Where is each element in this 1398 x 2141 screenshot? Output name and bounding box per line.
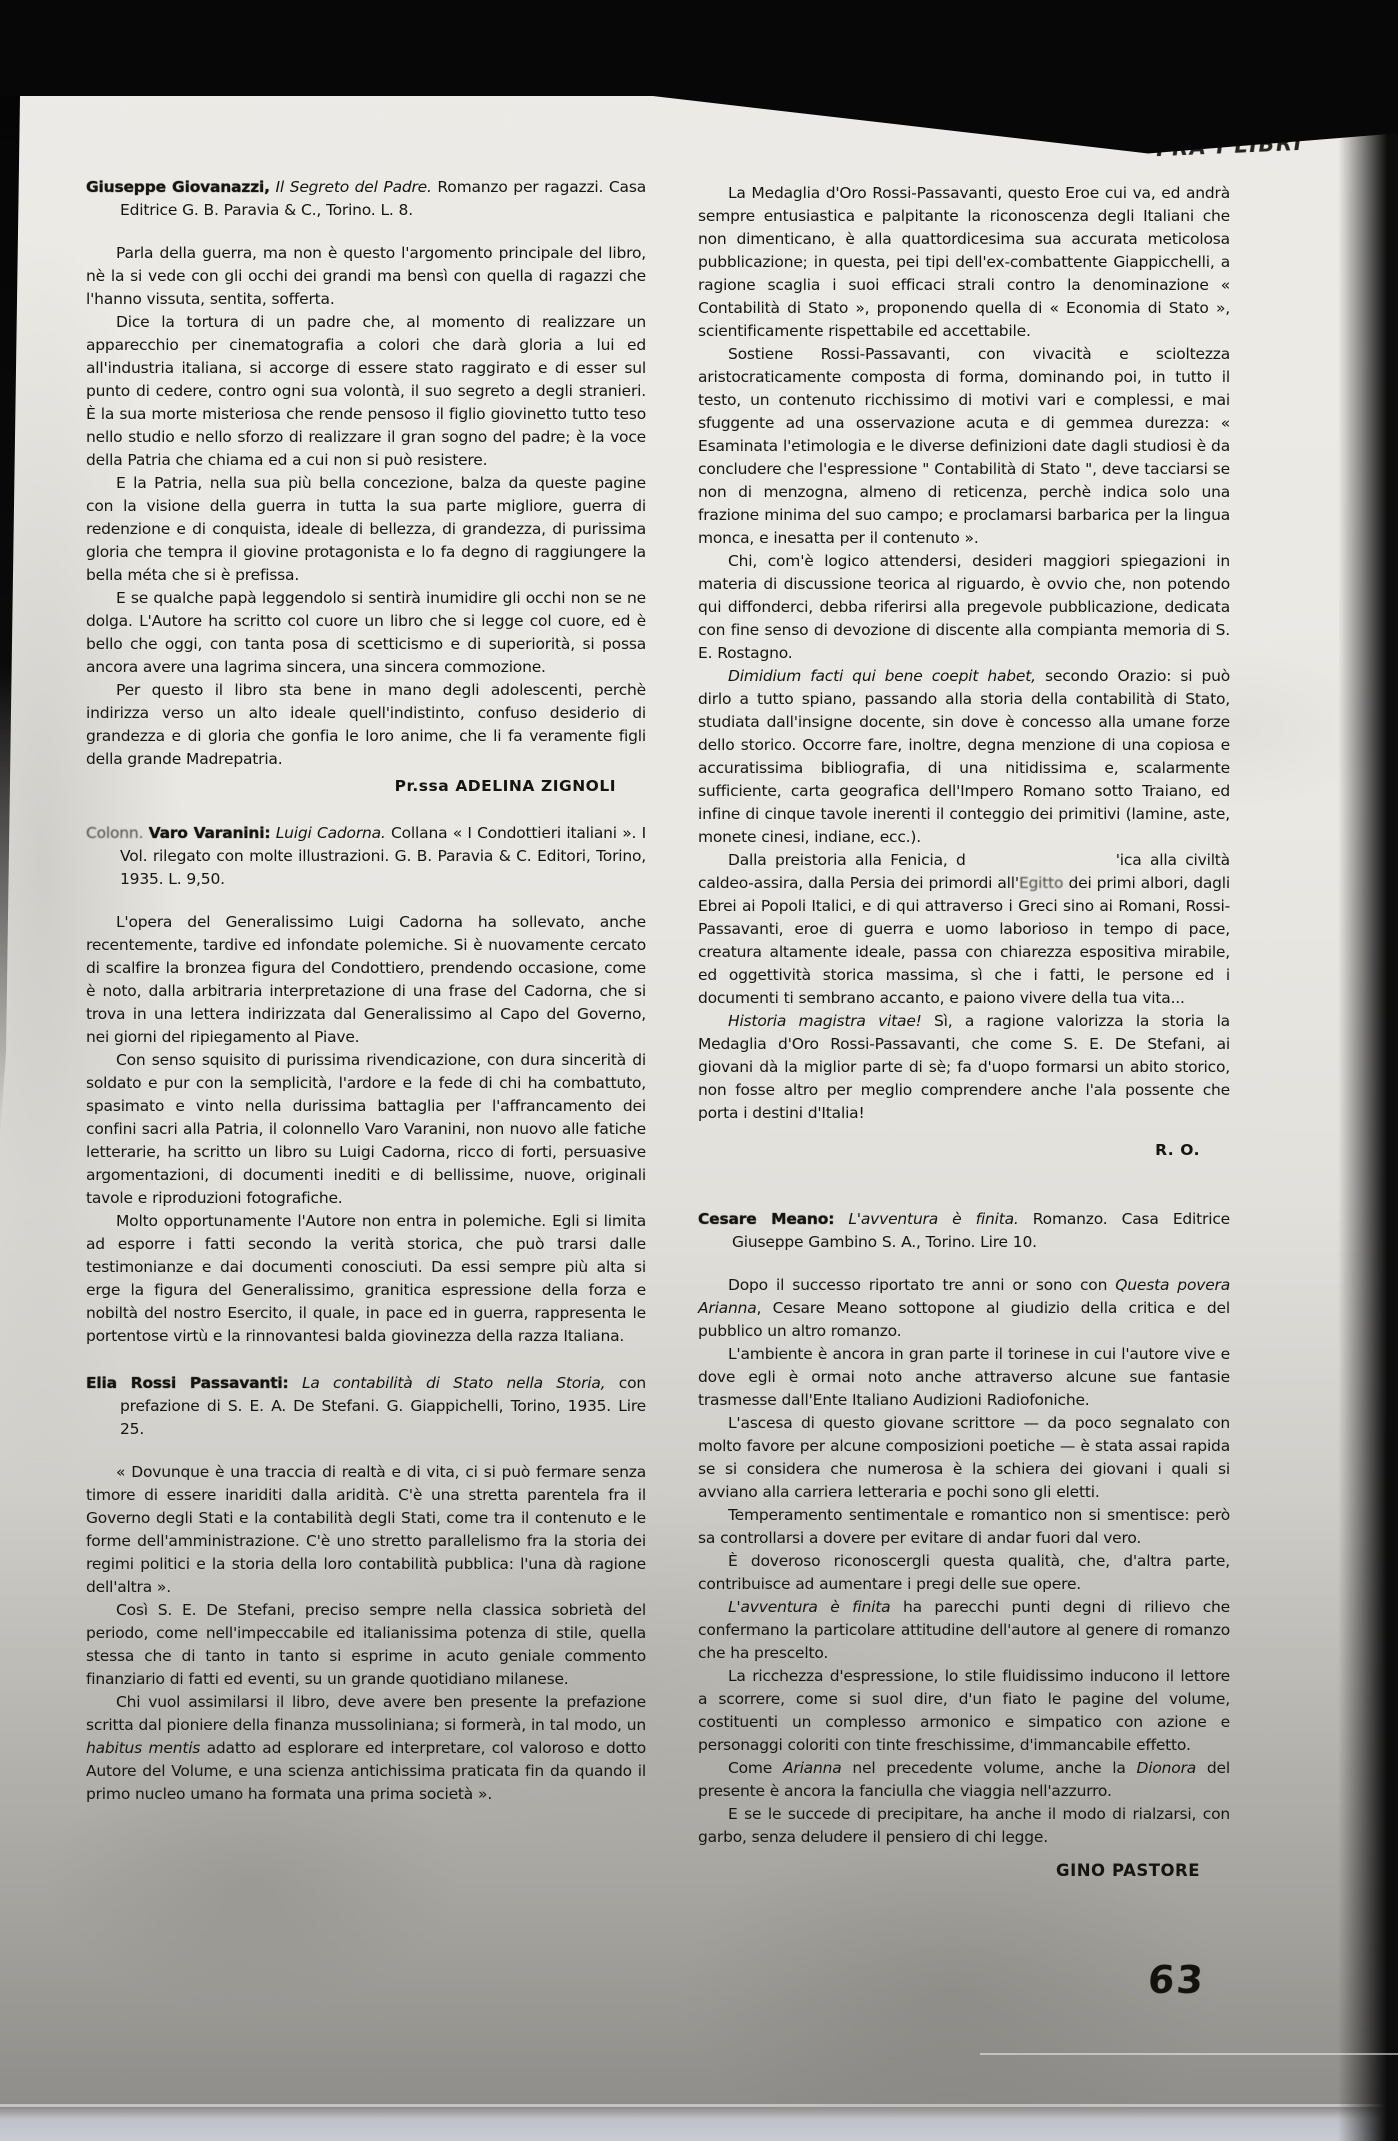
paragraph: Con senso squisito di purissima rivendic… bbox=[86, 1049, 646, 1210]
review-heading: Cesare Meano: L'avventura è finita. Roma… bbox=[698, 1208, 1230, 1254]
text-run: GINO PASTORE bbox=[1056, 1861, 1200, 1880]
text-run: secondo Orazio: si può dirlo a tutto spi… bbox=[698, 667, 1230, 846]
bold-text: Varo Varanini: bbox=[149, 824, 271, 842]
paragraph: E la Patria, nella sua più bella concezi… bbox=[86, 472, 646, 587]
bold-text: Elia Rossi Passavanti: bbox=[86, 1374, 289, 1392]
paragraph: Dimidium facti qui bene coepit habet, se… bbox=[698, 665, 1230, 849]
faded-text: Egitto bbox=[1019, 874, 1063, 892]
scan-scratch-line bbox=[980, 2053, 1398, 2055]
bold-text: Giuseppe Giovanazzi, bbox=[86, 178, 270, 196]
paragraph: L'ambiente è ancora in gran parte il tor… bbox=[698, 1343, 1230, 1412]
review-heading: Colonn. Varo Varanini: Luigi Cadorna. Co… bbox=[86, 822, 646, 891]
text-run: Così S. E. De Stefani, preciso sempre ne… bbox=[86, 1601, 646, 1688]
italic-text: habitus mentis bbox=[86, 1739, 200, 1757]
text-run: Parla della guerra, ma non è questo l'ar… bbox=[86, 244, 646, 308]
paragraph: Temperamento sentimentale e romantico no… bbox=[698, 1504, 1230, 1550]
text-run: Come bbox=[728, 1759, 783, 1777]
paragraph: La ricchezza d'espressione, lo stile flu… bbox=[698, 1665, 1230, 1757]
text-run: Dice la tortura di un padre che, al mome… bbox=[86, 313, 646, 469]
text-run: , Cesare Meano sottopone al giudizio del… bbox=[698, 1299, 1230, 1340]
paragraph: E se le succede di precipitare, ha anche… bbox=[698, 1803, 1230, 1849]
bottom-edge-strip bbox=[0, 2107, 1398, 2141]
italic-text: Historia magistra vitae! bbox=[728, 1012, 922, 1030]
right-edge-shadow bbox=[1338, 118, 1398, 2141]
text-run: nel precedente volume, anche la bbox=[842, 1759, 1137, 1777]
paragraph: Molto opportunamente l'Autore non entra … bbox=[86, 1210, 646, 1348]
italic-text: Dionora bbox=[1137, 1759, 1197, 1777]
italic-text: Luigi Cadorna. bbox=[270, 824, 385, 842]
text-run: dei primi albori, dagli Ebrei ai Popoli … bbox=[698, 874, 1230, 1007]
left-column: Giuseppe Giovanazzi, Il Segreto del Padr… bbox=[86, 176, 646, 1806]
italic-text: Il Segreto del Padre. bbox=[270, 178, 432, 196]
text-run: E la Patria, nella sua più bella concezi… bbox=[86, 474, 646, 584]
text-run: Temperamento sentimentale e romantico no… bbox=[698, 1506, 1230, 1547]
paragraph: La Medaglia d'Oro Rossi-Passavanti, ques… bbox=[698, 182, 1230, 343]
text-run: Con senso squisito di purissima rivendic… bbox=[86, 1051, 646, 1207]
text-run: « Dovunque è una traccia di realtà e di … bbox=[86, 1463, 646, 1596]
text-run: Chi, com'è logico attendersi, desideri m… bbox=[698, 552, 1230, 662]
text-run: E se le succede di precipitare, ha anche… bbox=[698, 1805, 1230, 1846]
paragraph: E se qualche papà leggendolo si sentirà … bbox=[86, 587, 646, 679]
text-run: L'opera del Generalissimo Luigi Cadorna … bbox=[86, 913, 646, 1046]
italic-text: Dimidium facti qui bene coepit habet, bbox=[728, 667, 1036, 685]
text-run: Dalla preistoria alla Fenicia, d bbox=[728, 851, 966, 869]
paragraph: Dalla preistoria alla Fenicia, d 'ica al… bbox=[698, 849, 1230, 1010]
paragraph: Così S. E. De Stefani, preciso sempre ne… bbox=[86, 1599, 646, 1691]
italic-text: L'avventura è finita bbox=[728, 1598, 890, 1616]
paragraph: L'avventura è finita ha parecchi punti d… bbox=[698, 1596, 1230, 1665]
paragraph: Chi vuol assimilarsi il libro, deve aver… bbox=[86, 1691, 646, 1806]
text-run: Chi vuol assimilarsi il libro, deve aver… bbox=[86, 1693, 646, 1734]
review-signature: GINO PASTORE bbox=[698, 1859, 1230, 1882]
text-run: La ricchezza d'espressione, lo stile flu… bbox=[698, 1667, 1230, 1754]
faded-text: Colonn. bbox=[86, 824, 149, 842]
text-run: L'ascesa di questo giovane scrittore — d… bbox=[698, 1414, 1230, 1501]
text-run: Per questo il libro sta bene in mano deg… bbox=[86, 681, 646, 768]
paragraph: Per questo il libro sta bene in mano deg… bbox=[86, 679, 646, 771]
paragraph: L'ascesa di questo giovane scrittore — d… bbox=[698, 1412, 1230, 1504]
text-run: Molto opportunamente l'Autore non entra … bbox=[86, 1212, 646, 1345]
text-run: Dopo il successo riportato tre anni or s… bbox=[728, 1276, 1115, 1294]
text-run: L'ambiente è ancora in gran parte il tor… bbox=[698, 1345, 1230, 1409]
paragraph: Chi, com'è logico attendersi, desideri m… bbox=[698, 550, 1230, 665]
page-content: Giuseppe Giovanazzi, Il Segreto del Padr… bbox=[0, 0, 1398, 2141]
review-signature: R. O. bbox=[698, 1139, 1230, 1162]
paragraph: « Dovunque è una traccia di realtà e di … bbox=[86, 1461, 646, 1599]
paragraph: Historia magistra vitae! Sì, a ragione v… bbox=[698, 1010, 1230, 1125]
paragraph: Sostiene Rossi-Passavanti, con vivacità … bbox=[698, 343, 1230, 550]
right-column: La Medaglia d'Oro Rossi-Passavanti, ques… bbox=[698, 182, 1230, 1892]
text-run: Sostiene Rossi-Passavanti, con vivacità … bbox=[698, 345, 1230, 547]
bold-text: Cesare Meano: bbox=[698, 1210, 834, 1228]
italic-text: Arianna bbox=[783, 1759, 842, 1777]
paragraph: Dopo il successo riportato tre anni or s… bbox=[698, 1274, 1230, 1343]
page-number: 63 bbox=[1146, 1958, 1206, 2002]
paragraph: È doveroso riconoscergli questa qualità,… bbox=[698, 1550, 1230, 1596]
paragraph: Parla della guerra, ma non è questo l'ar… bbox=[86, 242, 646, 311]
paragraph: Dice la tortura di un padre che, al mome… bbox=[86, 311, 646, 472]
review-heading: Giuseppe Giovanazzi, Il Segreto del Padr… bbox=[86, 176, 646, 222]
text-run: Pr.ssa ADELINA ZIGNOLI bbox=[395, 777, 616, 795]
paragraph: L'opera del Generalissimo Luigi Cadorna … bbox=[86, 911, 646, 1049]
text-run: R. O. bbox=[1155, 1141, 1200, 1159]
review-heading: Elia Rossi Passavanti: La contabilità di… bbox=[86, 1372, 646, 1441]
italic-text: L'avventura è finita. bbox=[834, 1210, 1018, 1228]
paragraph: Come Arianna nel precedente volume, anch… bbox=[698, 1757, 1230, 1803]
text-run: La Medaglia d'Oro Rossi-Passavanti, ques… bbox=[698, 184, 1230, 340]
smudge-gap bbox=[966, 849, 1116, 865]
text-run: E se qualche papà leggendolo si sentirà … bbox=[86, 589, 646, 676]
italic-text: La contabilità di Stato nella Storia, bbox=[289, 1374, 606, 1392]
review-signature: Pr.ssa ADELINA ZIGNOLI bbox=[86, 775, 646, 798]
text-run: È doveroso riconoscergli questa qualità,… bbox=[698, 1552, 1230, 1593]
